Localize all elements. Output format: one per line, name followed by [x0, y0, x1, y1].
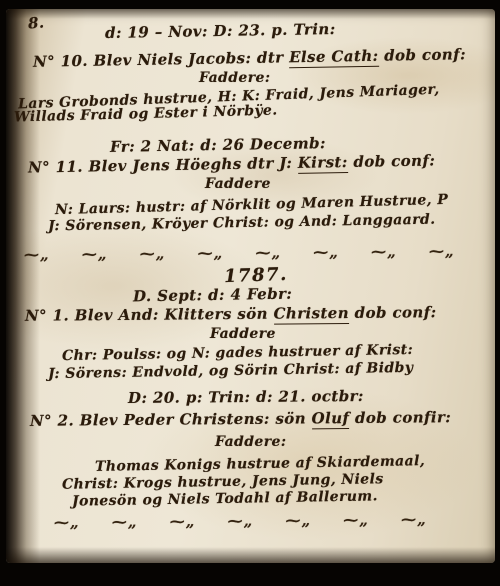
faddere-label: Faddere: — [199, 70, 270, 86]
manuscript-page: 8. d: 19 – Nov: D: 23. p. Trin: N° 10. B… — [6, 9, 495, 563]
entry-text-post: dob conf: — [348, 151, 436, 171]
child-name-underlined: Christen — [273, 304, 349, 325]
entry-text-pre: N° 11. Blev Jens Höeghs dtr J: — [28, 154, 298, 177]
separator-squiggle-row: ⁓„ ⁓„ ⁓„ ⁓„ ⁓„ ⁓„ ⁓„ — [54, 510, 427, 531]
date-line: D: 20. p: Trin: d: 21. octbr: — [128, 387, 364, 407]
entry-text-post: dob confir: — [349, 408, 451, 427]
folio-number: 8. — [27, 13, 45, 32]
book-binding-shadow — [6, 9, 40, 563]
date-line: d: 19 – Nov: D: 23. p. Trin: — [105, 20, 336, 42]
page-top-shadow — [6, 9, 495, 19]
child-name-underlined: Kirst: — [298, 153, 348, 174]
date-line: D. Sept: d: 4 Febr: — [133, 285, 293, 306]
entry-text-post: dob conf: — [349, 303, 437, 322]
date-line: Fr: 2 Nat: d: 26 Decemb: — [110, 134, 326, 156]
separator-squiggle-row: ⁓„ ⁓„ ⁓„ ⁓„ ⁓„ ⁓„ ⁓„ ⁓„ — [24, 242, 455, 264]
entry-text-pre: N° 2. Blev Peder Christens: sön — [30, 409, 312, 429]
child-name-underlined: Oluf — [312, 409, 350, 429]
page-bottom-shadow — [6, 547, 495, 563]
entry-line: N° 10. Blev Niels Jacobs: dtr Else Cath:… — [33, 45, 466, 71]
year-heading: 1787. — [224, 264, 289, 287]
entry-text-pre: N° 10. Blev Niels Jacobs: dtr — [33, 48, 289, 70]
scan-black-border: 8. d: 19 – Nov: D: 23. p. Trin: N° 10. B… — [0, 0, 500, 586]
entry-text-post: dob conf: — [378, 45, 466, 65]
entry-line: N° 2. Blev Peder Christens: sön Oluf dob… — [30, 408, 451, 430]
child-name-underlined: Else Cath: — [289, 47, 379, 69]
entry-text-pre: N° 1. Blev And: Klitters sön — [25, 305, 274, 325]
entry-line: N° 1. Blev And: Klitters sön Christen do… — [25, 303, 437, 325]
faddere-label: Faddere — [205, 176, 271, 192]
faddere-label: Faddere — [210, 326, 276, 342]
entry-line: N° 11. Blev Jens Höeghs dtr J: Kirst: do… — [28, 151, 435, 176]
faddere-label: Faddere: — [215, 434, 286, 450]
